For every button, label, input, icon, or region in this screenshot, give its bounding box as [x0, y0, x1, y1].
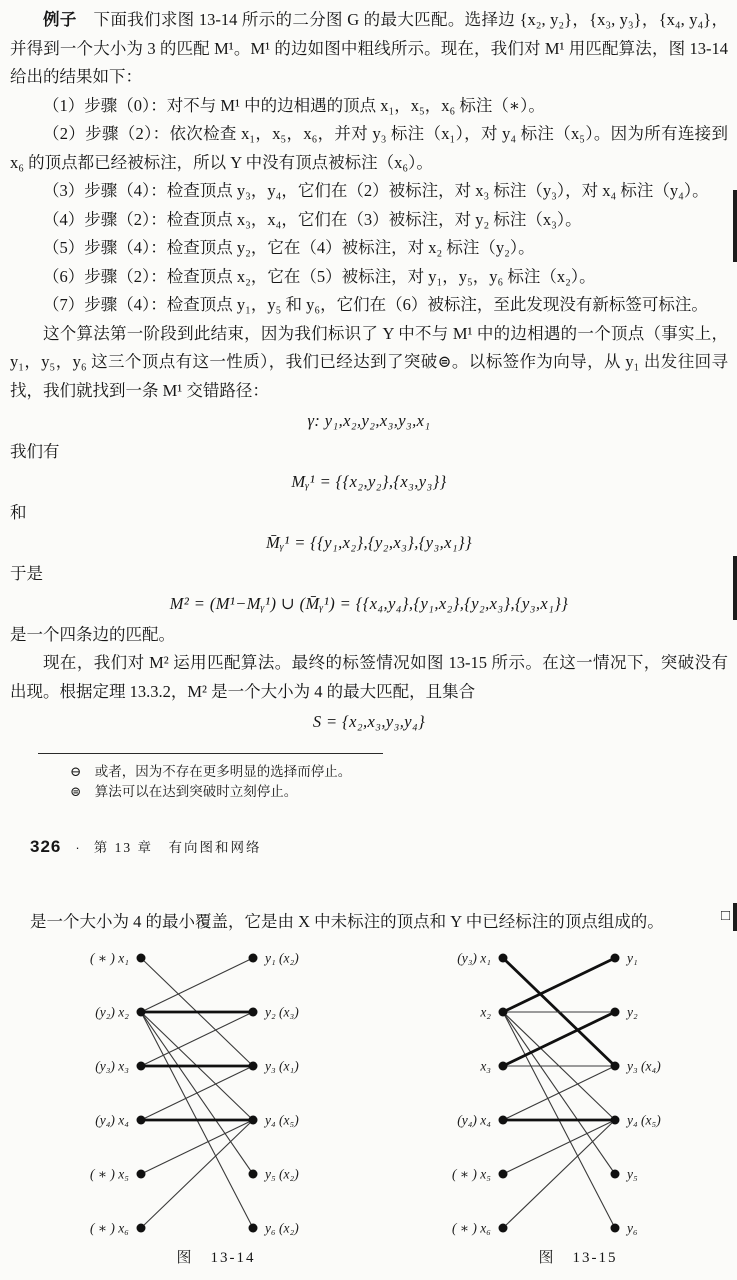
figure-13-15: (y₃) x₁y₁x₂y₂x₃y₃ (x₄)(y₄) x₄y₄ (x₅)( ∗ …	[440, 944, 737, 1280]
page-number: 326	[30, 837, 61, 857]
node-label: y₁ (x₂)	[263, 951, 299, 966]
graph-node	[499, 1224, 508, 1233]
graph-node	[499, 1170, 508, 1179]
node-label: y₆	[625, 1221, 638, 1236]
node-label: y₂ (x₃)	[263, 1005, 299, 1020]
figure-13-14-caption: 图 13-14	[96, 1246, 336, 1267]
paragraph-example: 例子 下面我们求图 13-14 所示的二分图 G 的最大匹配。选择边 {x₂, …	[10, 6, 728, 92]
graph-edge	[503, 1066, 615, 1120]
graph-node	[499, 1062, 508, 1071]
graph-canvas: (y₃) x₁y₁x₂y₂x₃y₃ (x₄)(y₄) x₄y₄ (x₅)( ∗ …	[440, 944, 737, 1244]
step-4: （4）步骤（2）：检查顶点 x₃，x₄，它们在（3）被标注，对 y₂ 标注（x₃…	[10, 206, 728, 235]
graph-edge	[503, 1120, 615, 1228]
node-label: y₄ (x₅)	[625, 1113, 661, 1128]
node-label: y₁	[625, 951, 638, 966]
example-lead: 例子	[43, 10, 77, 29]
node-label: y₄ (x₅)	[263, 1113, 299, 1128]
formula-gamma-path: γ: y₁,x₂,y₂,x₃,y₃,x₁	[10, 407, 728, 436]
connector-thus: 于是	[10, 560, 728, 589]
node-label: ( ∗ ) x₅	[452, 1167, 491, 1182]
connector-and: 和	[10, 499, 728, 528]
node-label: (y₄) x₄	[95, 1113, 129, 1128]
graph-node	[137, 1224, 146, 1233]
matching-edge	[503, 1012, 615, 1066]
node-label: y₃ (x₁)	[263, 1059, 299, 1074]
graph-edge	[141, 958, 253, 1012]
example-body: 下面我们求图 13-14 所示的二分图 G 的最大匹配。选择边 {x₂, y₂}…	[10, 10, 728, 86]
scan-edge-artifact	[733, 190, 737, 262]
graph-node	[137, 1116, 146, 1125]
graph-canvas: ( ∗ ) x₁y₁ (x₂)(y₂) x₂y₂ (x₃)(y₃) x₃y₃ (…	[78, 944, 408, 1244]
footnote-block: ⊖ 或者，因为不存在更多明显的选择而停止。 ⊜ 算法可以在达到突破时立刻停止。	[10, 753, 728, 802]
node-label: (y₃) x₁	[457, 951, 491, 966]
paragraph-apply-m2: 现在，我们对 M² 运用匹配算法。最终的标签情况如图 13-15 所示。在这一情…	[10, 649, 728, 706]
bipartite-graph-13-14: ( ∗ ) x₁y₁ (x₂)(y₂) x₂y₂ (x₃)(y₃) x₃y₃ (…	[78, 944, 408, 1244]
graph-edge	[141, 1120, 253, 1174]
paragraph-four-edge-matching: 是一个四条边的匹配。	[10, 621, 728, 650]
formula-m1-gamma: Mᵧ¹ = {{x₂,y₂},{x₃,y₃}}	[10, 468, 728, 497]
node-label: x₃	[479, 1059, 491, 1074]
connector-we-have: 我们有	[10, 438, 728, 467]
graph-node	[249, 1170, 258, 1179]
graph-edge	[141, 1066, 253, 1120]
graph-node	[249, 1224, 258, 1233]
cover-sentence: 是一个大小为 4 的最小覆盖，它是由 X 中未标注的顶点和 Y 中已经标注的顶点…	[30, 912, 664, 931]
graph-node	[249, 1116, 258, 1125]
paragraph-phase-end: 这个算法第一阶段到此结束，因为我们标识了 Y 中不与 M¹ 中的边相遇的一个顶点…	[10, 320, 728, 406]
matching-edge	[503, 958, 615, 1012]
graph-node	[137, 1008, 146, 1017]
footnote-1: ⊖ 或者，因为不存在更多明显的选择而停止。	[70, 762, 728, 782]
main-text-column: 例子 下面我们求图 13-14 所示的二分图 G 的最大匹配。选择边 {x₂, …	[10, 6, 728, 802]
graph-node	[611, 1008, 620, 1017]
graph-node	[611, 1224, 620, 1233]
graph-node	[611, 1116, 620, 1125]
graph-node	[137, 954, 146, 963]
graph-node	[499, 1116, 508, 1125]
node-label: (y₄) x₄	[457, 1113, 491, 1128]
figure-13-15-caption: 图 13-15	[458, 1246, 698, 1267]
formula-m1-gamma-bar: M̄ᵧ¹ = {{y₁,x₂},{y₂,x₃},{y₃,x₁}}	[10, 529, 728, 558]
bipartite-graph-13-15: (y₃) x₁y₁x₂y₂x₃y₃ (x₄)(y₄) x₄y₄ (x₅)( ∗ …	[440, 944, 737, 1244]
step-1: （1）步骤（0）：对不与 M¹ 中的边相遇的顶点 x₁，x₅，x₆ 标注（∗）。	[10, 92, 728, 121]
running-header: 326 · 第 13 章 有向图和网络	[30, 836, 261, 857]
graph-node	[611, 954, 620, 963]
node-label: x₂	[479, 1005, 491, 1020]
formula-cover-set-s: S = {x₂,x₃,y₃,y₄}	[10, 708, 728, 737]
step-2: （2）步骤（2）：依次检查 x₁，x₅，x₆，并对 y₃ 标注（x₁），对 y₄…	[10, 120, 728, 177]
graph-node	[611, 1062, 620, 1071]
node-label: (y₂) x₂	[95, 1005, 129, 1020]
footnote-divider	[38, 753, 383, 754]
node-label: y₅	[625, 1167, 638, 1182]
node-label: y₃ (x₄)	[625, 1059, 661, 1074]
graph-node	[499, 1008, 508, 1017]
chapter-title: 第 13 章 有向图和网络	[94, 836, 262, 856]
figure-13-14: ( ∗ ) x₁y₁ (x₂)(y₂) x₂y₂ (x₃)(y₃) x₃y₃ (…	[78, 944, 408, 1280]
end-of-proof-icon: □	[721, 908, 730, 925]
node-label: y₂	[625, 1005, 638, 1020]
step-3: （3）步骤（4）：检查顶点 y₃，y₄，它们在（2）被标注，对 x₃ 标注（y₃…	[10, 177, 728, 206]
step-6: （6）步骤（2）：检查顶点 x₂，它在（5）被标注，对 y₁，y₅，y₆ 标注（…	[10, 263, 728, 292]
header-separator-dot: ·	[75, 840, 79, 855]
graph-edge	[503, 1120, 615, 1174]
graph-node	[249, 954, 258, 963]
cover-sentence-line: □是一个大小为 4 的最小覆盖，它是由 X 中未标注的顶点和 Y 中已经标注的顶…	[30, 908, 730, 932]
node-label: (y₃) x₃	[95, 1059, 129, 1074]
node-label: ( ∗ ) x₆	[90, 1221, 129, 1236]
node-label: y₆ (x₂)	[263, 1221, 299, 1236]
book-page: 例子 下面我们求图 13-14 所示的二分图 G 的最大匹配。选择边 {x₂, …	[0, 0, 737, 1280]
graph-node	[611, 1170, 620, 1179]
graph-node	[137, 1170, 146, 1179]
formula-m2: M² = (M¹−Mᵧ¹) ∪ (M̄ᵧ¹) = {{x₄,y₄},{y₁,x₂…	[10, 590, 728, 619]
step-5: （5）步骤（4）：检查顶点 y₂，它在（4）被标注，对 x₂ 标注（y₂）。	[10, 234, 728, 263]
node-label: y₅ (x₂)	[263, 1167, 299, 1182]
node-label: ( ∗ ) x₁	[90, 951, 129, 966]
graph-node	[499, 954, 508, 963]
scan-edge-artifact	[733, 903, 737, 931]
node-label: ( ∗ ) x₅	[90, 1167, 129, 1182]
step-7: （7）步骤（4）：检查顶点 y₁，y₅ 和 y₆，它们在（6）被标注，至此发现没…	[10, 291, 728, 320]
footnote-2: ⊜ 算法可以在达到突破时立刻停止。	[70, 782, 728, 802]
graph-node	[249, 1008, 258, 1017]
graph-edge	[141, 1120, 253, 1228]
graph-edge	[141, 1012, 253, 1066]
node-label: ( ∗ ) x₆	[452, 1221, 491, 1236]
graph-node	[249, 1062, 258, 1071]
scan-edge-artifact	[733, 556, 737, 620]
graph-node	[137, 1062, 146, 1071]
